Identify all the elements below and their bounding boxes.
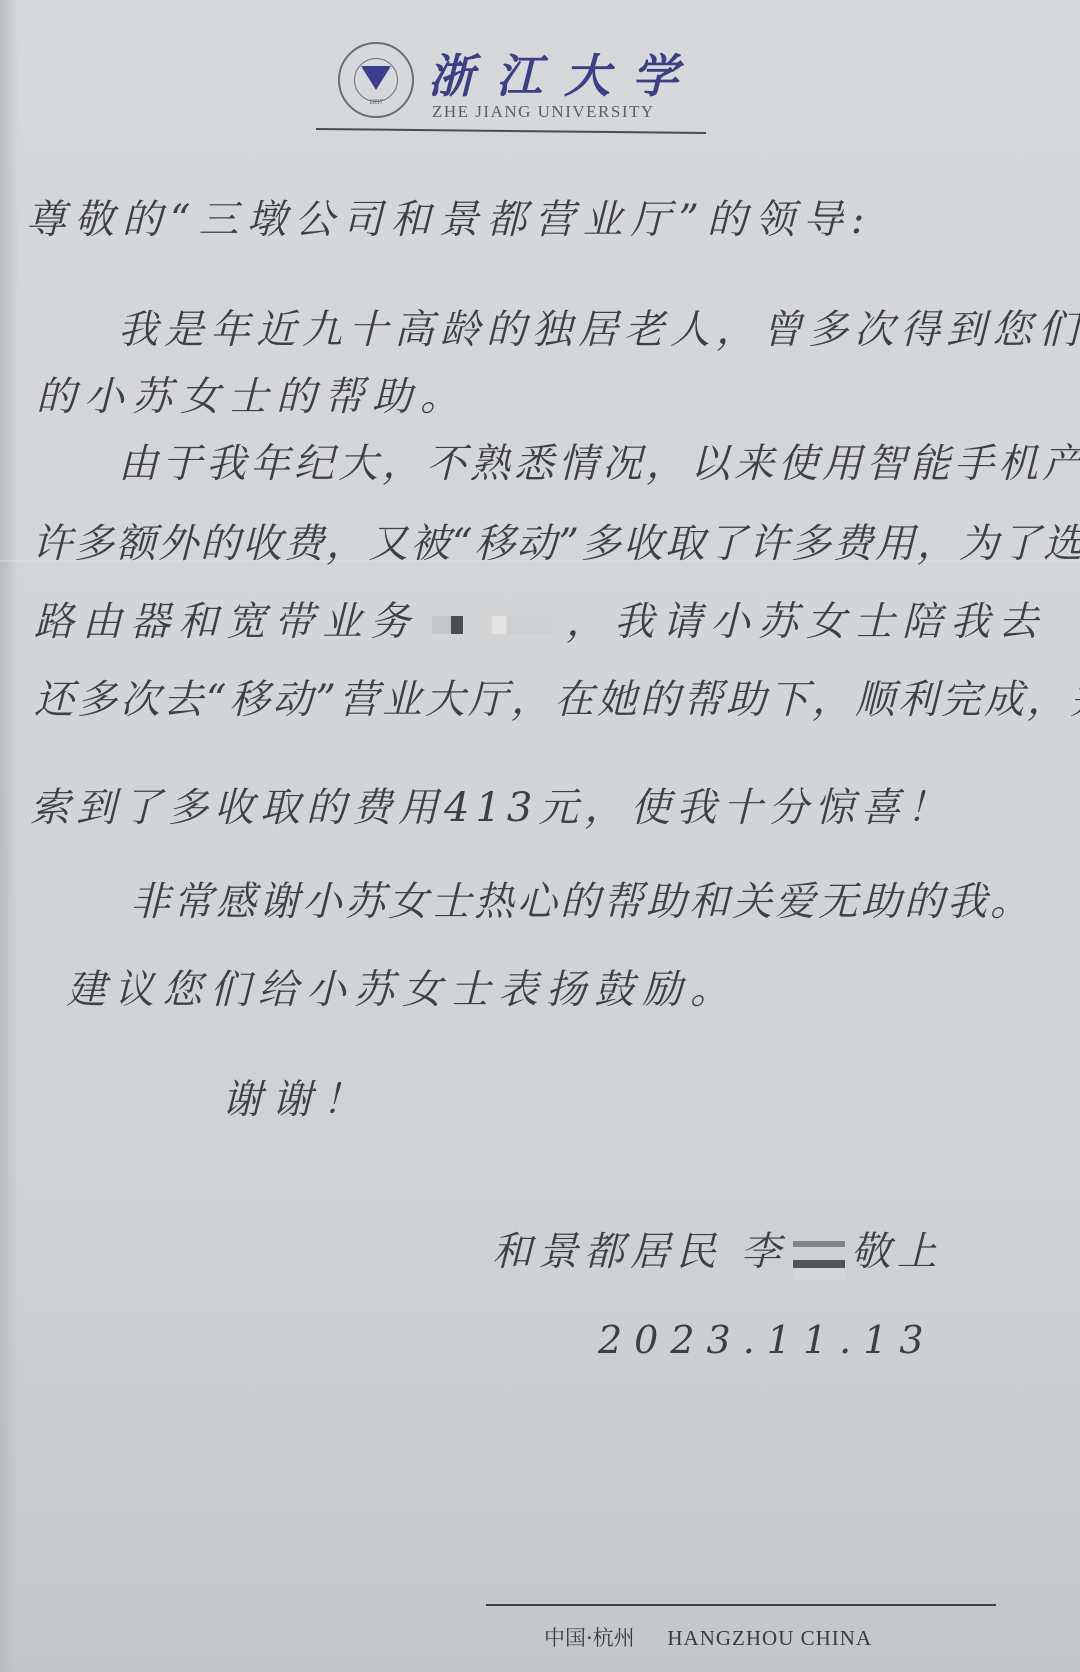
letterhead-footer: 中国·杭州 HANGZHOU CHINA [544, 1622, 872, 1652]
body-line-5: 路由器和宽带业务，我请小苏女士陪我去 [34, 590, 1046, 647]
salutation: 尊敬的“三墩公司和景都营业厅”的领导: [26, 188, 872, 245]
body-line-9: 建议您们给小苏女士表扬鼓励。 [66, 958, 738, 1015]
body-line-1: 我是年近九十高龄的独居老人，曾多次得到您们单位 [118, 298, 1080, 355]
footer-location-cn: 中国·杭州 [544, 1626, 635, 1650]
body-line-4: 许多额外的收费，又被“移动”多收取了许多费用，为了选择 [32, 512, 1080, 569]
body-line-5-part-b: ，我请小苏女士陪我去 [566, 599, 1046, 645]
letterhead: 1897 浙江大学 ZHE JIANG UNIVERSITY [330, 36, 710, 136]
body-line-3: 由于我年纪大，不熟悉情况，以来使用智能手机产生 [118, 432, 1080, 489]
footer-location-en: HANGZHOU CHINA [667, 1626, 872, 1650]
signature-prefix: 和景都居民 李 [492, 1229, 787, 1275]
redacted-name [793, 1230, 845, 1280]
university-name-en: ZHE JIANG UNIVERSITY [432, 102, 655, 122]
signature: 和景都居民 李敬上 [492, 1220, 943, 1280]
body-line-8: 非常感谢小苏女士热心的帮助和关爱无助的我。 [130, 870, 1033, 927]
signature-suffix: 敬上 [851, 1229, 943, 1275]
seal-year: 1897 [340, 98, 412, 106]
letter-date: 2023.11.13 [598, 1318, 936, 1362]
footer-divider [486, 1604, 996, 1606]
letter-page: 1897 浙江大学 ZHE JIANG UNIVERSITY 尊敬的“三墩公司和… [0, 0, 1080, 1672]
redacted-block [432, 616, 552, 634]
body-line-7: 索到了多收取的费用413元，使我十分惊喜！ [30, 776, 952, 833]
body-line-2: 的小苏女士的帮助。 [36, 365, 468, 422]
body-line-6: 还多次去“移动”营业大厅，在她的帮助下，顺利完成，并 [34, 668, 1080, 725]
body-line-5-part-a: 路由器和宽带业务 [34, 599, 418, 645]
emblem-icon [361, 66, 391, 90]
university-name-cn: 浙江大学 [428, 40, 700, 106]
closing-thanks: 谢谢！ [222, 1068, 372, 1125]
university-seal-icon: 1897 [338, 42, 414, 118]
